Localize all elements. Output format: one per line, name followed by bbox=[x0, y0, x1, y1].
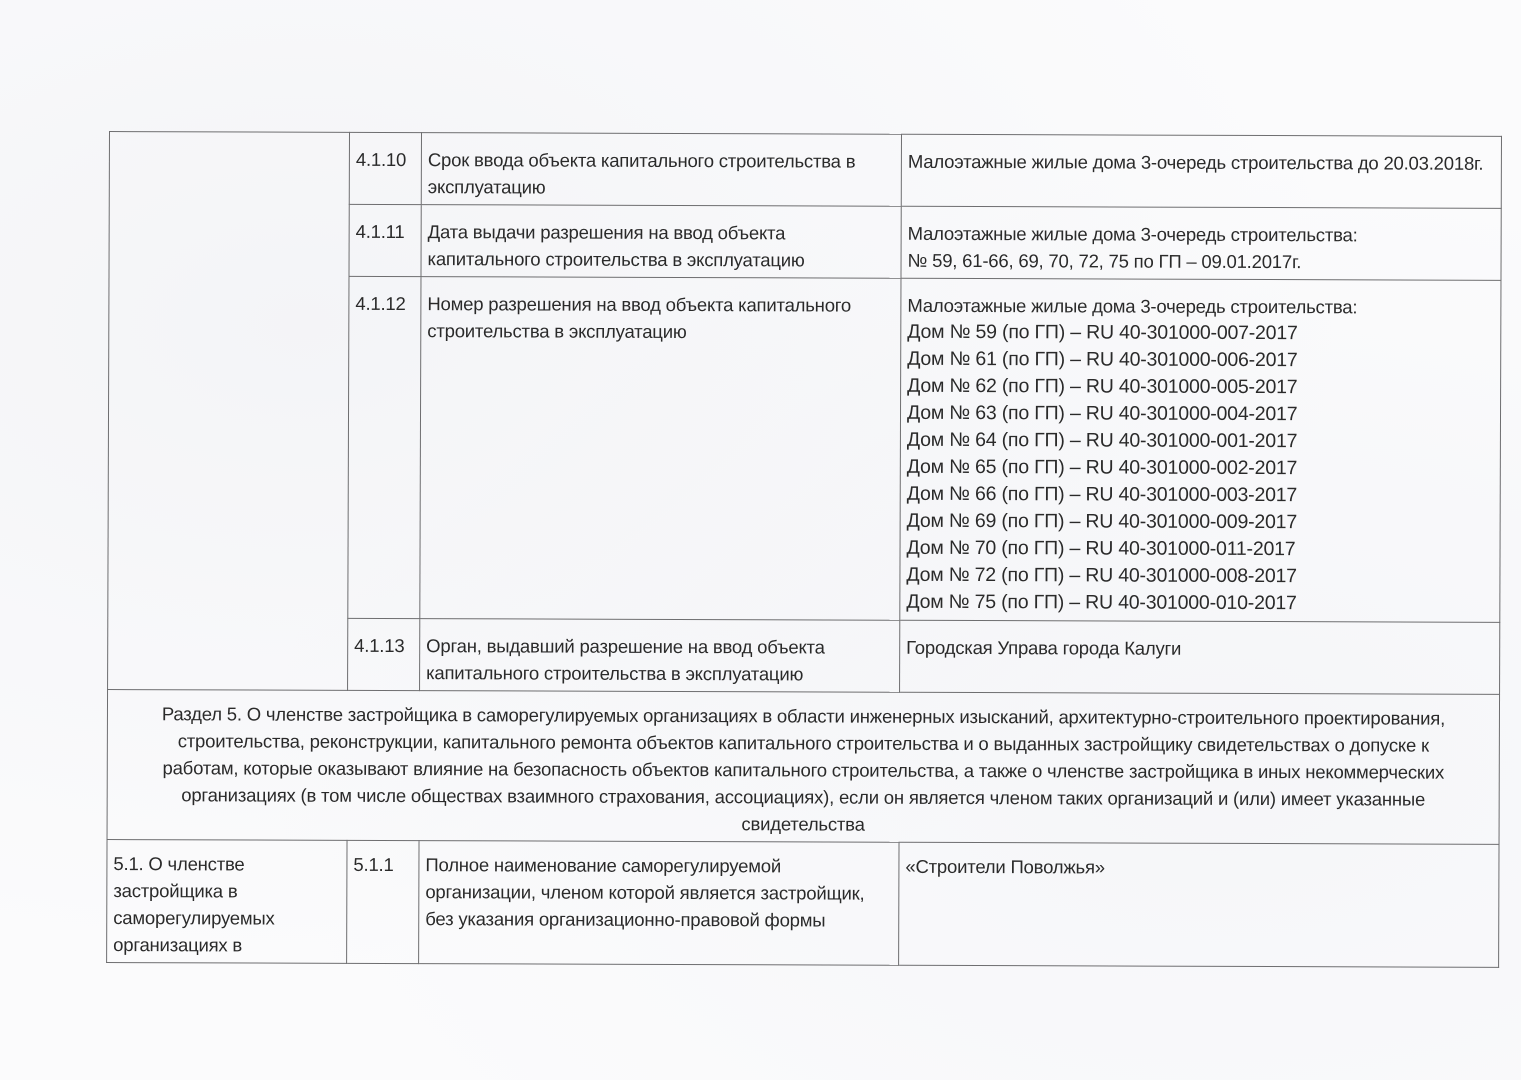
row-number: 4.1.12 bbox=[348, 276, 421, 618]
row-label: Орган, выдавший разрешение на ввод объек… bbox=[420, 619, 900, 693]
value-line: № 59, 61-66, 69, 70, 72, 75 по ГП – 09.0… bbox=[908, 247, 1495, 276]
disclosure-table: 4.1.10 Срок ввода объекта капитального с… bbox=[106, 131, 1502, 968]
row-value: Малоэтажные жилые дома 3-очередь строите… bbox=[901, 134, 1501, 208]
permit-line: Дом № 62 (по ГП) – RU 40-301000-005-2017 bbox=[907, 373, 1494, 402]
row-value: Городская Управа города Калуги bbox=[900, 620, 1500, 694]
table-row-4-1-10: 4.1.10 Срок ввода объекта капитального с… bbox=[109, 132, 1501, 209]
permit-line: Дом № 69 (по ГП) – RU 40-301000-009-2017 bbox=[907, 508, 1494, 537]
permit-line: Дом № 75 (по ГП) – RU 40-301000-010-2017 bbox=[906, 589, 1493, 618]
row-label: Номер разрешения на ввод объекта капитал… bbox=[420, 277, 901, 621]
section-5-heading-cell: Раздел 5. О членстве застройщика в самор… bbox=[107, 689, 1500, 844]
row-label: Срок ввода объекта капитального строител… bbox=[421, 133, 901, 207]
permit-line: Дом № 61 (по ГП) – RU 40-301000-006-2017 bbox=[907, 346, 1494, 375]
permit-line: Дом № 59 (по ГП) – RU 40-301000-007-2017 bbox=[907, 319, 1494, 348]
permit-line: Дом № 70 (по ГП) – RU 40-301000-011-2017 bbox=[907, 535, 1494, 564]
value-line: Малоэтажные жилые дома 3-очередь строите… bbox=[908, 148, 1495, 177]
permit-line: Дом № 63 (по ГП) – RU 40-301000-004-2017 bbox=[907, 400, 1494, 429]
permits-header: Малоэтажные жилые дома 3-очередь строите… bbox=[907, 292, 1494, 321]
permit-line: Дом № 72 (по ГП) – RU 40-301000-008-2017 bbox=[906, 562, 1493, 591]
row-value: Малоэтажные жилые дома 3-очередь строите… bbox=[901, 206, 1501, 280]
row-number: 4.1.11 bbox=[349, 204, 421, 276]
value-line: Малоэтажные жилые дома 3-очередь строите… bbox=[908, 220, 1495, 249]
row-label: Полное наименование саморегулируемой орг… bbox=[419, 841, 899, 966]
value-line: Городская Управа города Калуги bbox=[906, 634, 1493, 663]
row-value: Малоэтажные жилые дома 3-очередь строите… bbox=[900, 278, 1501, 622]
group-cell-empty bbox=[108, 132, 350, 691]
permit-line: Дом № 64 (по ГП) – RU 40-301000-001-2017 bbox=[907, 427, 1494, 456]
permit-line: Дом № 65 (по ГП) – RU 40-301000-002-2017 bbox=[907, 454, 1494, 483]
section-5-heading-row: Раздел 5. О членстве застройщика в самор… bbox=[107, 689, 1500, 844]
row-value: «Строители Поволжья» bbox=[899, 842, 1499, 967]
row-number: 4.1.13 bbox=[348, 618, 420, 690]
row-number: 4.1.10 bbox=[349, 132, 421, 204]
scanned-page: 4.1.10 Срок ввода объекта капитального с… bbox=[0, 0, 1521, 1080]
group-label-5-1: 5.1. О членстве застройщика в саморегули… bbox=[107, 839, 347, 963]
permit-list: Дом № 59 (по ГП) – RU 40-301000-007-2017… bbox=[906, 319, 1494, 618]
section-5-heading: Раздел 5. О членстве застройщика в самор… bbox=[114, 700, 1493, 840]
permit-line: Дом № 66 (по ГП) – RU 40-301000-003-2017 bbox=[907, 481, 1494, 510]
table-row-5-1-1: 5.1. О членстве застройщика в саморегули… bbox=[107, 839, 1499, 967]
row-number: 5.1.1 bbox=[347, 840, 419, 963]
row-label: Дата выдачи разрешения на ввод объекта к… bbox=[421, 205, 901, 279]
